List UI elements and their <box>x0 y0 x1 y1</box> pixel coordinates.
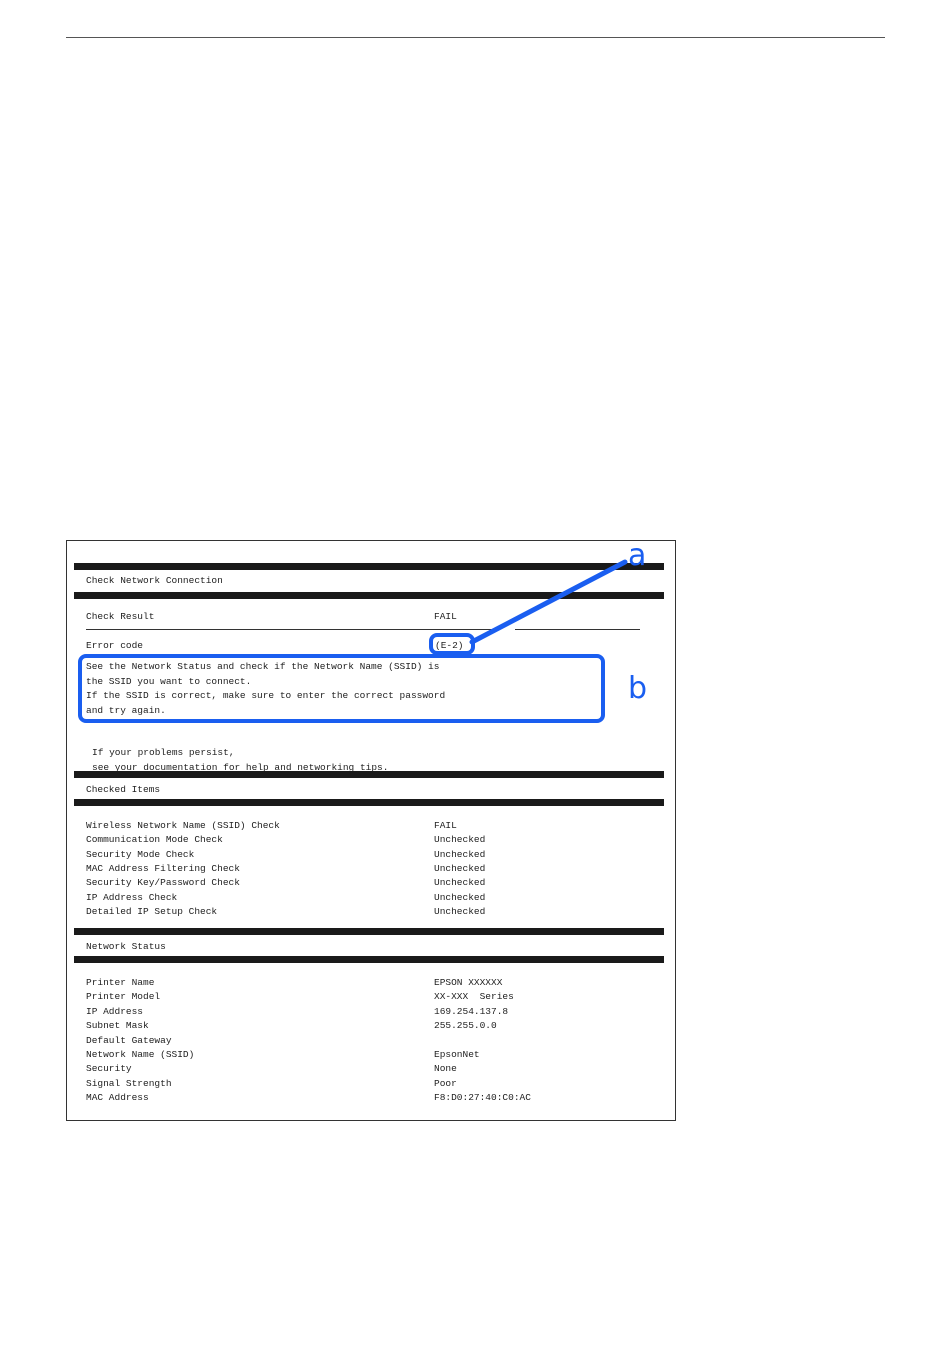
header-rule <box>66 37 885 38</box>
callout-a-leader-line <box>67 541 677 1122</box>
callout-label-b: b <box>628 674 647 704</box>
callout-label-a: a <box>628 541 646 571</box>
network-connection-report: Check Network Connection Check Result FA… <box>66 540 676 1121</box>
